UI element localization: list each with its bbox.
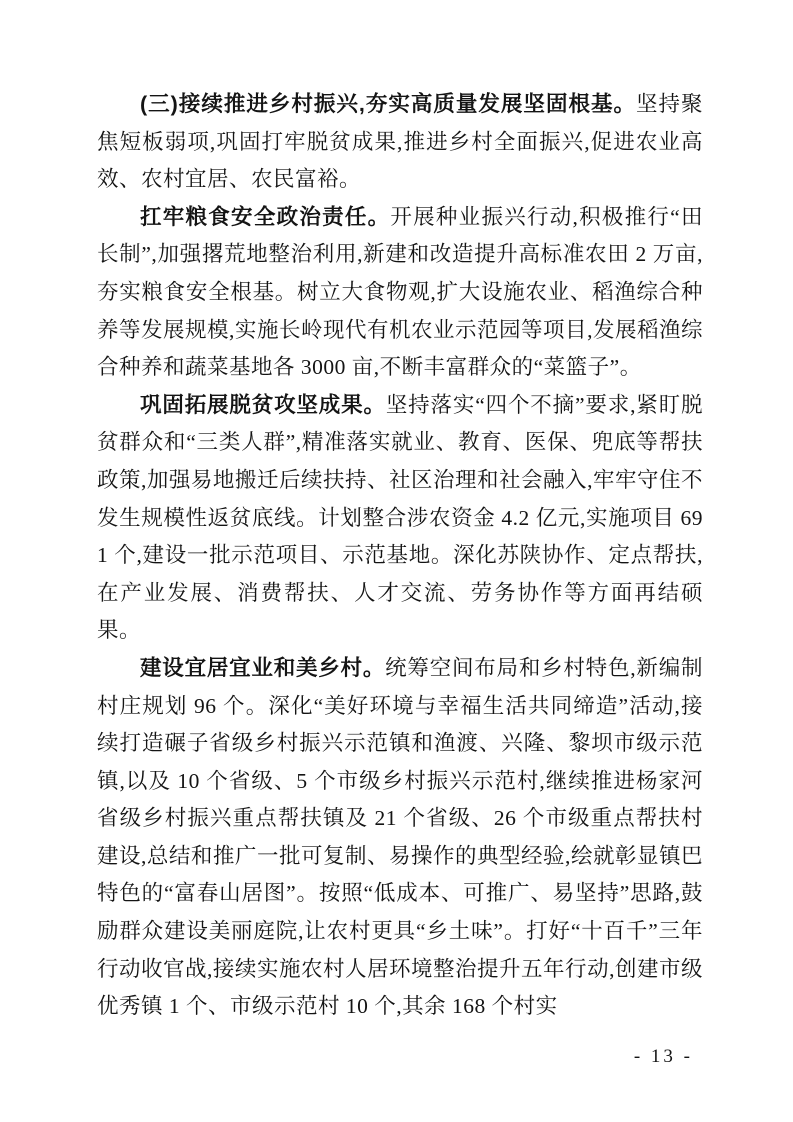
rural-construction-body-text: 统筹空间布局和乡村特色,新编制村庄规划 96 个。深化“美好环境与幸福生活共同缔…	[97, 656, 703, 1018]
paragraph-poverty-alleviation: 巩固拓展脱贫攻坚成果。坚持落实“四个不摘”要求,紧盯脱贫群众和“三类人群”,精准…	[97, 387, 703, 650]
poverty-alleviation-heading: 巩固拓展脱贫攻坚成果。	[140, 393, 386, 417]
section-3-heading: (三)接续推进乡村振兴,夯实高质量发展坚固根基。	[140, 92, 636, 116]
page-number: - 13 -	[634, 1046, 693, 1068]
rural-construction-heading: 建设宜居宜业和美乡村。	[140, 656, 385, 680]
poverty-alleviation-body-text: 坚持落实“四个不摘”要求,紧盯脱贫群众和“三类人群”,精准落实就业、教育、医保、…	[97, 393, 703, 643]
section-3-paragraph: (三)接续推进乡村振兴,夯实高质量发展坚固根基。坚持聚焦短板弱项,巩固打牢脱贫成…	[97, 86, 703, 199]
grain-security-body-text: 开展种业振兴行动,积极推行“田长制”,加强撂荒地整治利用,新建和改造提升高标准农…	[97, 205, 703, 379]
grain-security-heading: 扛牢粮食安全政治责任。	[140, 205, 390, 229]
document-body: (三)接续推进乡村振兴,夯实高质量发展坚固根基。坚持聚焦短板弱项,巩固打牢脱贫成…	[97, 86, 703, 1026]
document-page: (三)接续推进乡村振兴,夯实高质量发展坚固根基。坚持聚焦短板弱项,巩固打牢脱贫成…	[0, 0, 793, 1122]
paragraph-rural-construction: 建设宜居宜业和美乡村。统筹空间布局和乡村特色,新编制村庄规划 96 个。深化“美…	[97, 650, 703, 1026]
paragraph-grain-security: 扛牢粮食安全政治责任。开展种业振兴行动,积极推行“田长制”,加强撂荒地整治利用,…	[97, 199, 703, 387]
